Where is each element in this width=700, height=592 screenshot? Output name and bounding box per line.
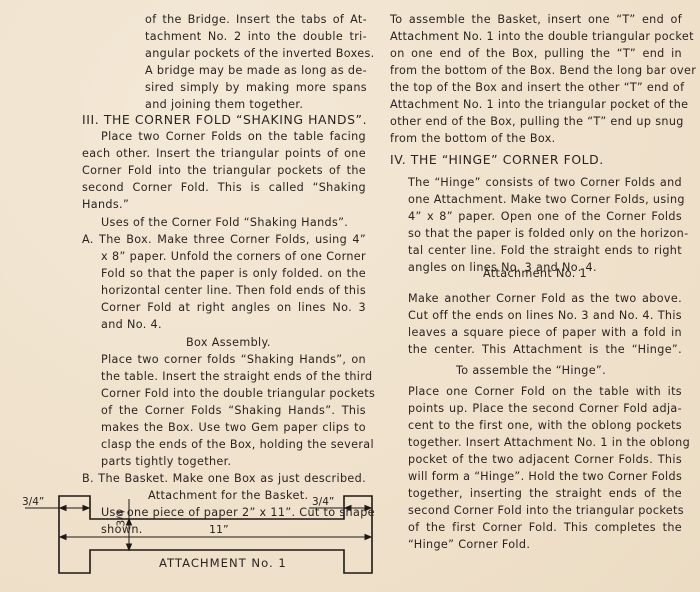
text-line: the table. Insert the straight ends of t… <box>101 370 366 384</box>
text-line: Cut off the ends on lines No. 3 and No. … <box>408 309 682 323</box>
text-line: Attachment No. 1 into the triangular poc… <box>390 98 682 112</box>
text-line: together. Insert Attachment No. 1 in the… <box>408 436 682 450</box>
text-line: together, inserting the straight ends of… <box>408 487 682 501</box>
dimension-label-bar-height: 3/4 <box>115 510 127 527</box>
assemble-hinge-heading: To assemble the “Hinge”. <box>456 364 606 378</box>
text-line: the center. This Attachment is the “Hing… <box>408 343 682 357</box>
text-line: and No. 4. <box>101 318 162 332</box>
section-iv-heading: IV. THE “HINGE” CORNER FOLD. <box>390 153 604 167</box>
text-line: “Hinge” Corner Fold. <box>408 538 530 552</box>
dimension-label-left-width: 3/4” <box>22 496 44 508</box>
text-line: makes the Box. Use two Gem paper clips t… <box>101 421 366 435</box>
text-line: points up. Place the second Corner Fold … <box>408 402 682 416</box>
text-line: from the bottom of the Box. <box>390 132 556 146</box>
box-assembly-heading: Box Assembly. <box>186 336 271 350</box>
text-line: will form a “Hinge”. Hold the two Corner… <box>408 470 682 484</box>
text-line: A. The Box. Make three Corner Folds, usi… <box>82 233 366 247</box>
text-line: and joining them together. <box>145 98 303 112</box>
text-line: of the first Corner Fold. This completes… <box>408 521 682 535</box>
text-line: so that the paper is folded only on the … <box>408 227 682 241</box>
uses-line: Uses of the Corner Fold “Shaking Hands”. <box>101 216 348 230</box>
text-line: second Corner Fold into the triangular p… <box>408 504 682 518</box>
text-line: Corner Fold into the triangular pockets … <box>82 164 366 178</box>
text-line: To assemble the Basket, insert one “T” e… <box>390 13 682 27</box>
text-line: other end of the Box, pulling the “T” en… <box>390 115 682 129</box>
text-line: cent to the first one, with the oblong p… <box>408 419 682 433</box>
text-line: the top of the Box and insert the other … <box>390 81 682 95</box>
text-line: of the Bridge. Insert the tabs of At- <box>145 13 367 27</box>
attachment-no1-heading: Attachment No. 1 <box>483 267 587 281</box>
text-line: Place two Corner Folds on the table faci… <box>101 130 366 144</box>
dimension-label-length: 11” <box>209 523 229 536</box>
text-line: x 8” paper. Unfold the corners of one Co… <box>101 250 366 264</box>
text-line: on one end of the Box, pulling the “T” e… <box>390 47 682 61</box>
text-line: Place two corner folds “Shaking Hands”, … <box>101 353 366 367</box>
text-line: pocket of the two adjacent Corner Folds.… <box>408 453 682 467</box>
text-line: Hands.” <box>82 198 129 212</box>
text-line: Corner Fold into the double triangular p… <box>101 387 366 401</box>
diagram-caption: ATTACHMENT No. 1 <box>159 556 287 570</box>
text-line: A bridge may be made as long as de- <box>145 64 367 78</box>
text-line: tal center line. Fold the straight ends … <box>408 244 682 258</box>
text-line: Attachment No. 1 into the double triangu… <box>390 30 682 44</box>
text-line: clasp the ends of the Box, holding the s… <box>101 438 366 452</box>
text-line: Corner Fold at right angles on lines No.… <box>101 301 366 315</box>
text-line: Fold so that the paper is only folded. o… <box>101 267 366 281</box>
section-iii-heading: III. THE CORNER FOLD “SHAKING HANDS”. <box>82 113 367 127</box>
text-line: angular pockets of the inverted Boxes. <box>145 47 367 61</box>
text-line: The “Hinge” consists of two Corner Folds… <box>408 176 682 190</box>
text-line: sired simply by making more spans <box>145 81 367 95</box>
text-line: second Corner Fold. This is called “Shak… <box>82 181 366 195</box>
text-line: horizontal center line. Then fold ends o… <box>101 284 366 298</box>
text-line: Place one Corner Fold on the table with … <box>408 385 682 399</box>
text-line: of the Corner Folds “Shaking Hands”. Thi… <box>101 404 366 418</box>
text-line: each other. Insert the triangular points… <box>82 147 366 161</box>
text-line: tachment No. 2 into the double tri- <box>145 30 367 44</box>
text-line: parts tightly together. <box>101 455 231 469</box>
text-line: one Attachment. Make two Corner Folds, u… <box>408 193 682 207</box>
text-line: 4” x 8” paper. Open one of the Corner Fo… <box>408 210 682 224</box>
dimension-label-right-width: 3/4” <box>312 496 334 508</box>
text-line: from the bottom of the Box. Bend the lon… <box>390 64 682 78</box>
text-line: Make another Corner Fold as the two abov… <box>408 292 682 306</box>
text-line: leaves a square piece of paper with a fo… <box>408 326 682 340</box>
